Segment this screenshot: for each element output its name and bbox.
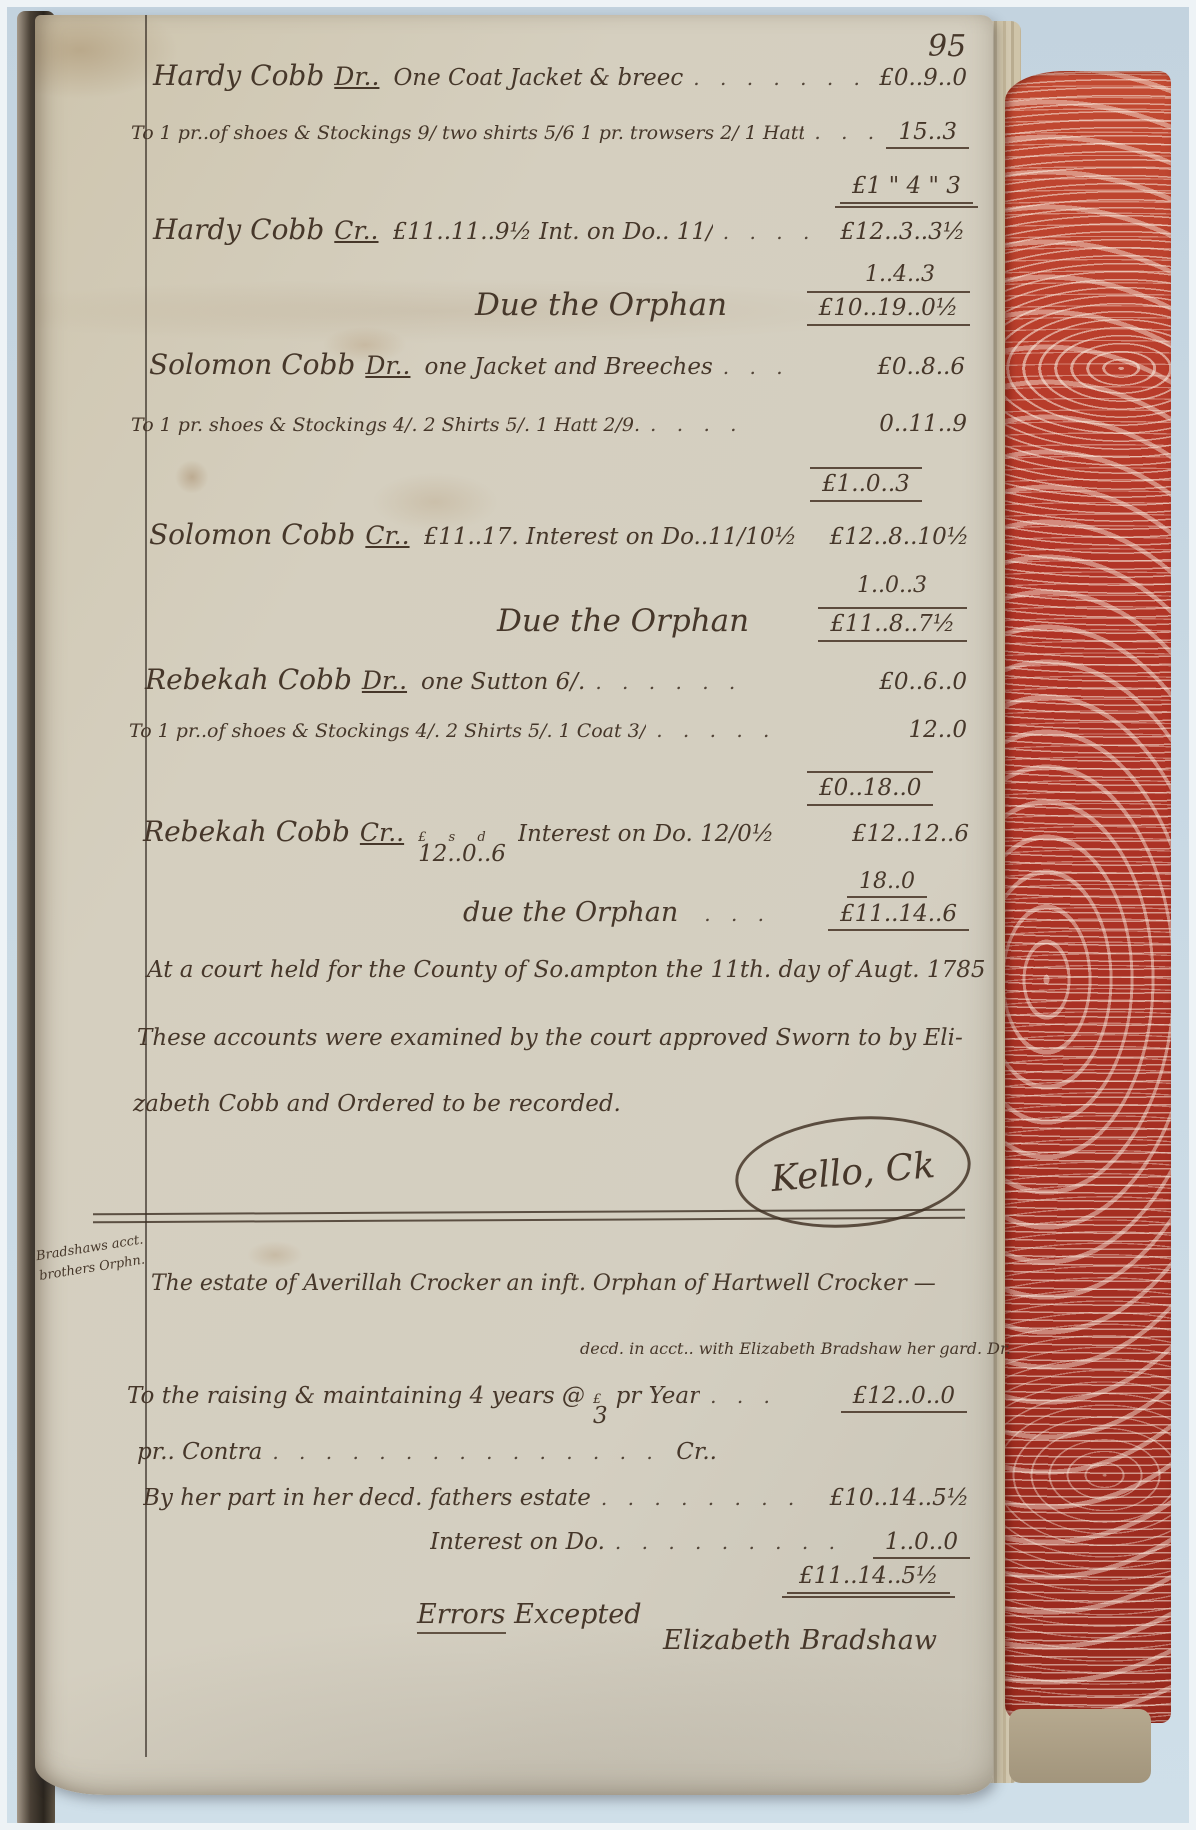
entry-hardy-cr-line1: Hardy Cobb Cr.. £11..11..9½ Int. on Do..…: [153, 213, 965, 246]
credit-marker: Cr..: [334, 216, 378, 245]
line-item: pr Year: [616, 1383, 701, 1409]
estate-line-raising: To the raising & maintaining 4 years @ £…: [127, 1383, 967, 1428]
currency-stack: £ s d 12..0..6: [418, 831, 506, 866]
errors-word: Errors: [417, 1599, 506, 1634]
amount: £10..14..5½: [830, 1485, 969, 1511]
court-record-line2: These accounts were examined by the cour…: [137, 1025, 963, 1051]
rate-value: 3: [593, 1405, 608, 1428]
account-holder: Solomon Cobb: [149, 348, 355, 381]
leader-dots: . . .: [723, 355, 867, 379]
line-item: one Jacket and Breeches: [424, 354, 712, 380]
leader-dots: . . . . .: [723, 220, 831, 244]
carry-amount: 1..0..3: [857, 573, 927, 598]
leader-dots: . . . . . . . . .: [615, 1530, 863, 1554]
amount: £12..0..0: [841, 1383, 967, 1413]
debit-marker: Dr..: [365, 351, 410, 380]
amount: £0..9..0: [879, 65, 967, 91]
credit-marker: Cr..: [676, 1439, 717, 1465]
entry-rebekah-dr-line2: To 1 pr..of shoes & Stockings 4/. 2 Shir…: [129, 717, 967, 743]
leader-dots: . . . . .: [656, 718, 898, 742]
entry-rebekah-dr-line1: Rebekah Cobb Dr.. one Sutton 6/. . . . .…: [145, 663, 967, 696]
amount: 0..11..9: [879, 411, 967, 437]
leader-dots: . . . . . .: [595, 670, 869, 694]
amount: 15..3: [886, 119, 969, 149]
due-amount: £11..8..7½: [818, 607, 967, 642]
entry-solomon-cr-due: Due the Orphan £11..8..7½: [497, 603, 967, 642]
estate-line-contra: pr.. Contra . . . . . . . . . . . . . . …: [137, 1439, 717, 1465]
line-item: Interest on Do.: [430, 1529, 605, 1555]
line-item: To 1 pr..of shoes & Stockings 9/ two shi…: [131, 122, 804, 144]
line-item: one Sutton 6/.: [421, 669, 585, 695]
line-item: pr.. Contra: [137, 1439, 262, 1465]
estate-heading-line2: decd. in acct.. with Elizabeth Bradshaw …: [580, 1339, 1011, 1358]
entry-rebekah-cr-line1: Rebekah Cobb Cr.. £ s d 12..0..6 Interes…: [143, 815, 969, 866]
entry-hardy-dr-line1: Hardy Cobb Dr.. One Coat Jacket & breech…: [153, 59, 967, 92]
line-item: £11..17. Interest on Do..11/10½: [424, 524, 797, 550]
marbled-book-cover: [1005, 71, 1171, 1723]
entry-solomon-cr-line1: Solomon Cobb Cr.. £11..17. Interest on D…: [149, 518, 969, 551]
due-amount: £11..14..6: [828, 901, 969, 931]
rate-stack: £ 3: [593, 1393, 608, 1428]
amount: 1..0..0: [873, 1529, 970, 1559]
principal-amount: 12..0..6: [418, 843, 506, 866]
line-item: By her part in her decd. fathers estate: [143, 1485, 591, 1511]
errors-excepted: Errors Excepted: [417, 1599, 642, 1630]
account-holder: Hardy Cobb: [153, 213, 324, 246]
entry-rebekah-dr-total: £0..18..0: [807, 771, 933, 806]
account-holder: Rebekah Cobb: [145, 663, 352, 696]
due-amount: £10..19..0½: [807, 291, 970, 326]
leader-dots: . . . .: [650, 412, 869, 436]
leader-dots: . . . . . . . .: [693, 66, 869, 90]
estate-heading-line1: The estate of Averillah Crocker an inft.…: [151, 1271, 936, 1296]
total-amount: £11..14..5½: [787, 1563, 950, 1594]
margin-annotation: Bradshaws acct. brothers Orphn.: [35, 1227, 170, 1286]
amount: £12..3..3½: [840, 219, 965, 245]
estate-line-interest: Interest on Do. . . . . . . . . . 1..0..…: [430, 1529, 970, 1559]
entry-hardy-cr-due: Due the Orphan £10..19..0½: [475, 287, 970, 326]
entry-rebekah-cr-due: due the Orphan . . . £11..14..6: [463, 897, 969, 931]
line-item: To 1 pr..of shoes & Stockings 4/. 2 Shir…: [129, 720, 646, 742]
guardian-signature: Elizabeth Bradshaw: [663, 1625, 937, 1656]
total-amount: £0..18..0: [807, 771, 933, 806]
carry-amount: 18..0: [847, 869, 927, 898]
amount: £12..8..10½: [830, 524, 969, 550]
amount: £12..12..6: [852, 821, 969, 847]
amount: £0..6..0: [879, 669, 967, 695]
entry-hardy-dr-line2: To 1 pr..of shoes & Stockings 9/ two shi…: [131, 119, 969, 149]
leader-dots: . . . . . . . . . . . . . . .: [272, 1440, 666, 1464]
line-item: One Coat Jacket & breeches: [393, 65, 683, 91]
line-item: Interest on Do. 12/0½: [518, 821, 774, 847]
ledger-page: 95 Hardy Cobb Dr.. One Coat Jacket & bre…: [35, 15, 993, 1795]
line-item: £11..11..9½ Int. on Do.. 11/6½: [393, 219, 713, 245]
leader-dots: . . . . . . . .: [601, 1486, 820, 1510]
line-item: To the raising & maintaining 4 years @: [127, 1383, 585, 1409]
line-item: To 1 pr. shoes & Stockings 4/. 2 Shirts …: [131, 414, 640, 436]
amount: 12..0: [908, 717, 967, 743]
due-the-orphan-label: Due the Orphan: [497, 603, 749, 639]
credit-marker: Cr..: [365, 521, 409, 550]
entry-solomon-dr-line1: Solomon Cobb Dr.. one Jacket and Breeche…: [149, 348, 965, 381]
book-board-edge: [1009, 1709, 1151, 1783]
court-record-line1: At a court held for the County of So.amp…: [147, 957, 985, 983]
leader-dots: . . .: [704, 902, 818, 926]
account-holder: Solomon Cobb: [149, 518, 355, 551]
entry-solomon-dr-line2: To 1 pr. shoes & Stockings 4/. 2 Shirts …: [131, 411, 967, 437]
entry-hardy-dr-total: £1 " 4 " 3: [840, 173, 973, 204]
estate-line-part: By her part in her decd. fathers estate …: [143, 1485, 969, 1511]
total-amount: £1..0..3: [810, 467, 922, 502]
due-the-orphan-label: Due the Orphan: [475, 287, 727, 323]
leader-dots: . . .: [710, 1384, 830, 1408]
due-the-orphan-label: due the Orphan: [463, 897, 678, 928]
account-holder: Rebekah Cobb: [143, 815, 350, 848]
account-holder: Hardy Cobb: [153, 59, 324, 92]
credit-marker: Cr..: [360, 818, 404, 847]
estate-total: £11..14..5½: [787, 1563, 950, 1594]
scanned-book-photo: 95 Hardy Cobb Dr.. One Coat Jacket & bre…: [0, 0, 1196, 1830]
excepted-word: Excepted: [514, 1599, 641, 1630]
amount: £0..8..6: [877, 354, 965, 380]
clerk-signature: Kello, Ck: [769, 1144, 936, 1199]
leader-dots: . . .: [814, 120, 876, 144]
court-record-line3: zabeth Cobb and Ordered to be recorded.: [133, 1091, 621, 1117]
debit-marker: Dr..: [334, 62, 379, 91]
total-amount: £1 " 4 " 3: [840, 173, 973, 204]
debit-marker: Dr..: [362, 666, 407, 695]
entry-solomon-dr-total: £1..0..3: [810, 467, 922, 502]
carry-amount: 1..4..3: [865, 262, 935, 287]
